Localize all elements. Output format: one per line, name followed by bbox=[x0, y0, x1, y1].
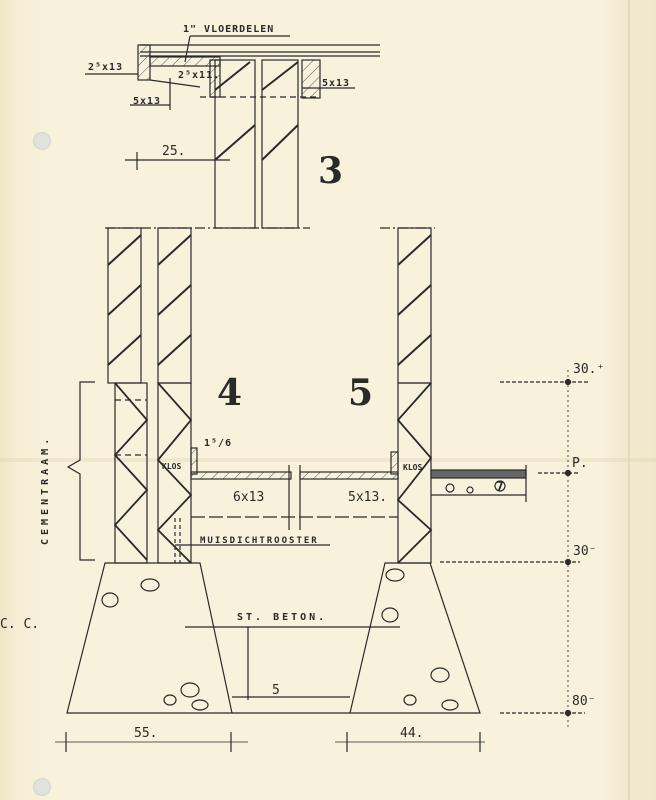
label-klos-right: KLOS bbox=[403, 463, 422, 472]
label-beam-right: 5x13. bbox=[348, 490, 387, 505]
label-slab-thickness: 5 bbox=[272, 683, 280, 698]
footing-left bbox=[67, 563, 232, 713]
label-st-beton: ST. BETON. bbox=[237, 612, 327, 623]
level-axis bbox=[440, 370, 588, 730]
dim-footing-left: 55. bbox=[134, 726, 157, 741]
floor-beams bbox=[191, 448, 526, 530]
section-number-5: 5 bbox=[348, 372, 373, 414]
label-joist-right: 5x13 bbox=[322, 78, 350, 89]
label-joist-bottom: 5x13 bbox=[133, 96, 161, 107]
level-label-minus-30: 30⁻ bbox=[573, 544, 596, 559]
label-floorboards: 1" VLOERDELEN bbox=[183, 24, 274, 35]
cementraam-bracket bbox=[68, 382, 95, 560]
wall-left bbox=[108, 228, 191, 563]
label-offset: 25. bbox=[162, 144, 185, 159]
section-number-4: 4 bbox=[217, 372, 242, 414]
footing-right bbox=[350, 563, 480, 713]
label-klos-left: KLOS bbox=[162, 462, 181, 471]
floor-assembly-top bbox=[85, 36, 380, 110]
dim-footing-right: 44. bbox=[400, 726, 423, 741]
label-muisdichtrooster: MUISDICHTROOSTER bbox=[200, 536, 319, 546]
level-label-p: P. bbox=[572, 456, 588, 471]
label-batten: 2⁵x11. bbox=[178, 70, 220, 81]
label-floor-slab: 7 bbox=[496, 480, 504, 495]
level-label-top: 30.⁺ bbox=[573, 362, 604, 377]
drawing-sheet: 1" VLOERDELEN 2⁵x13 2⁵x11. 5x13 5x13 25.… bbox=[0, 0, 656, 800]
level-label-minus-80: 80⁻ bbox=[572, 694, 595, 709]
section-drawing bbox=[0, 0, 656, 800]
label-cementraam: CEMENTRAAM. bbox=[40, 435, 51, 545]
column-upper bbox=[105, 60, 435, 228]
label-joist-left: 2⁵x13 bbox=[88, 62, 123, 73]
label-plate-fraction: 1⁵/6 bbox=[204, 438, 232, 449]
section-number-3: 3 bbox=[318, 150, 343, 192]
label-margin-mark: C. C. bbox=[0, 617, 39, 632]
label-beam-left: 6x13 bbox=[233, 490, 264, 505]
wall-right bbox=[398, 228, 431, 563]
